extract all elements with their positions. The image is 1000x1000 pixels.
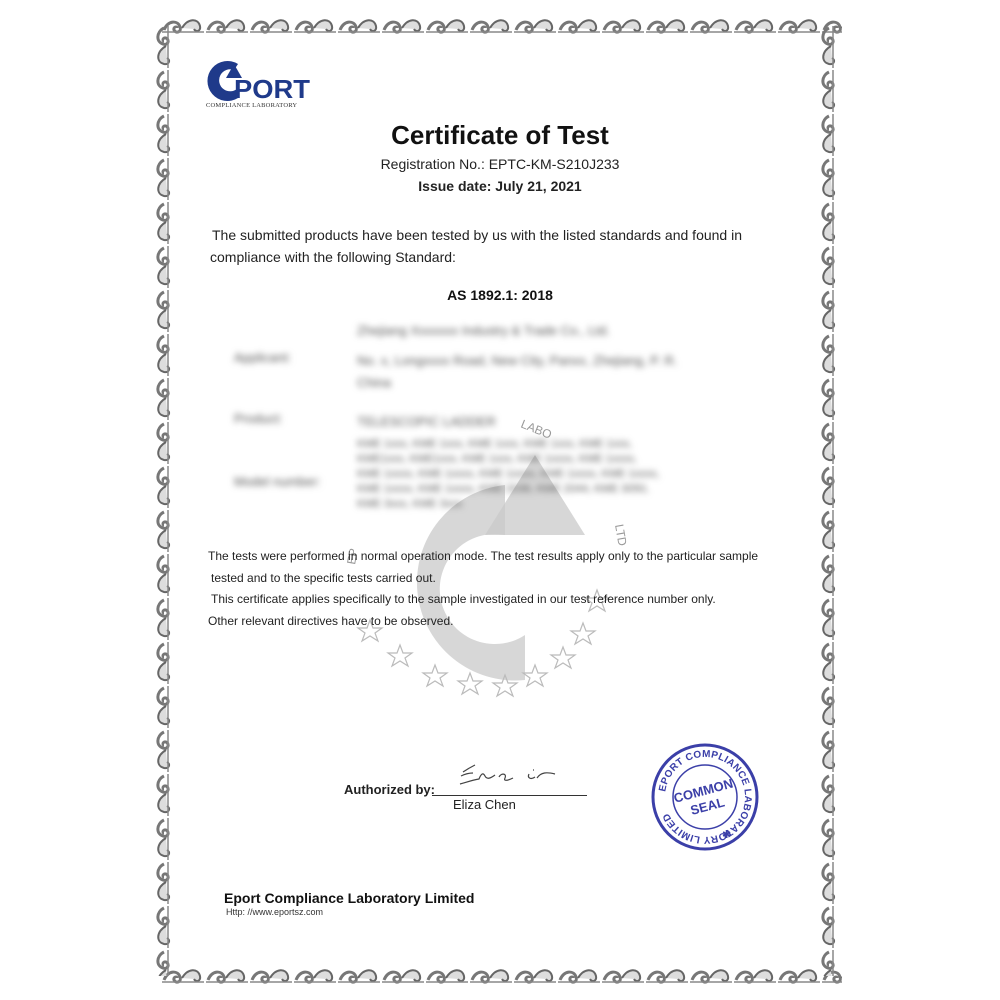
- authorized-by-label: Authorized by:: [344, 782, 435, 797]
- model-line: KME 3xxx, KME 3xxx: [357, 497, 727, 512]
- issue-date: Issue date: July 21, 2021: [0, 178, 1000, 194]
- eport-logo: PORT COMPLIANCE LABORATORY: [204, 58, 314, 112]
- decorative-border-top: [160, 14, 842, 38]
- logo-subtitle: COMPLIANCE LABORATORY: [206, 102, 297, 109]
- certificate-notes: The tests were performed in normal opera…: [208, 546, 788, 632]
- eport-logo-mark-icon: PORT: [204, 58, 314, 102]
- standard-name: AS 1892.1: 2018: [0, 287, 1000, 303]
- model-number-label: Model number:: [234, 474, 321, 489]
- certificate-title: Certificate of Test: [0, 120, 1000, 151]
- decorative-border-bottom: [160, 964, 842, 988]
- model-line: KME 1xxxx, KME 1xxxx, KME 2036, KME 2044…: [357, 482, 727, 497]
- model-numbers: KME 1xxx, KME 1xxx, KME 1xxx, KME 1xxx, …: [357, 437, 727, 512]
- footer-company-name: Eport Compliance Laboratory Limited: [224, 890, 474, 906]
- applicant-address-line1: No. x, Longxxxx Road, New City, Panxx, Z…: [357, 350, 727, 372]
- product-value: TELESCOPIC LADDER: [357, 411, 727, 433]
- authorized-signatory-name: Eliza Chen: [453, 797, 516, 812]
- signature-line: [432, 795, 587, 796]
- model-line: KME 1xxx, KME 1xxx, KME 1xxx, KME 1xxx, …: [357, 437, 727, 452]
- svg-text:PORT: PORT: [234, 74, 310, 102]
- registration-number: Registration No.: EPTC-KM-S210J233: [0, 156, 1000, 172]
- model-line: KME1xxx, KME1xxx, KME 1xxx, KME 1xxxx, K…: [357, 452, 727, 467]
- common-seal-stamp: EPORT COMPLIANCE LABORATORY LIMITED COMM…: [650, 742, 760, 852]
- signature: [455, 760, 565, 790]
- note-line: This certificate applies specifically to…: [208, 589, 788, 611]
- applicant-name: Zhejiang Xxxxxxx Industry & Trade Co., L…: [357, 320, 727, 342]
- applicant-address-line2: China: [357, 372, 727, 394]
- footer-website: Http: //www.eportsz.com: [226, 907, 323, 917]
- note-line: Other relevant directives have to be obs…: [208, 611, 788, 633]
- note-line: The tests were performed in normal opera…: [208, 546, 788, 568]
- svg-text:✱: ✱: [722, 829, 731, 841]
- note-line: tested and to the specific tests carried…: [208, 568, 788, 590]
- product-label: Product:: [234, 411, 282, 426]
- model-line: KME 1xxxx, KME 1xxxx, KME 1xxxx, KME 1xx…: [357, 467, 727, 482]
- svg-text:LTD: LTD: [612, 523, 630, 547]
- applicant-label: Applicant:: [234, 350, 291, 365]
- compliance-statement: The submitted products have been tested …: [210, 224, 780, 268]
